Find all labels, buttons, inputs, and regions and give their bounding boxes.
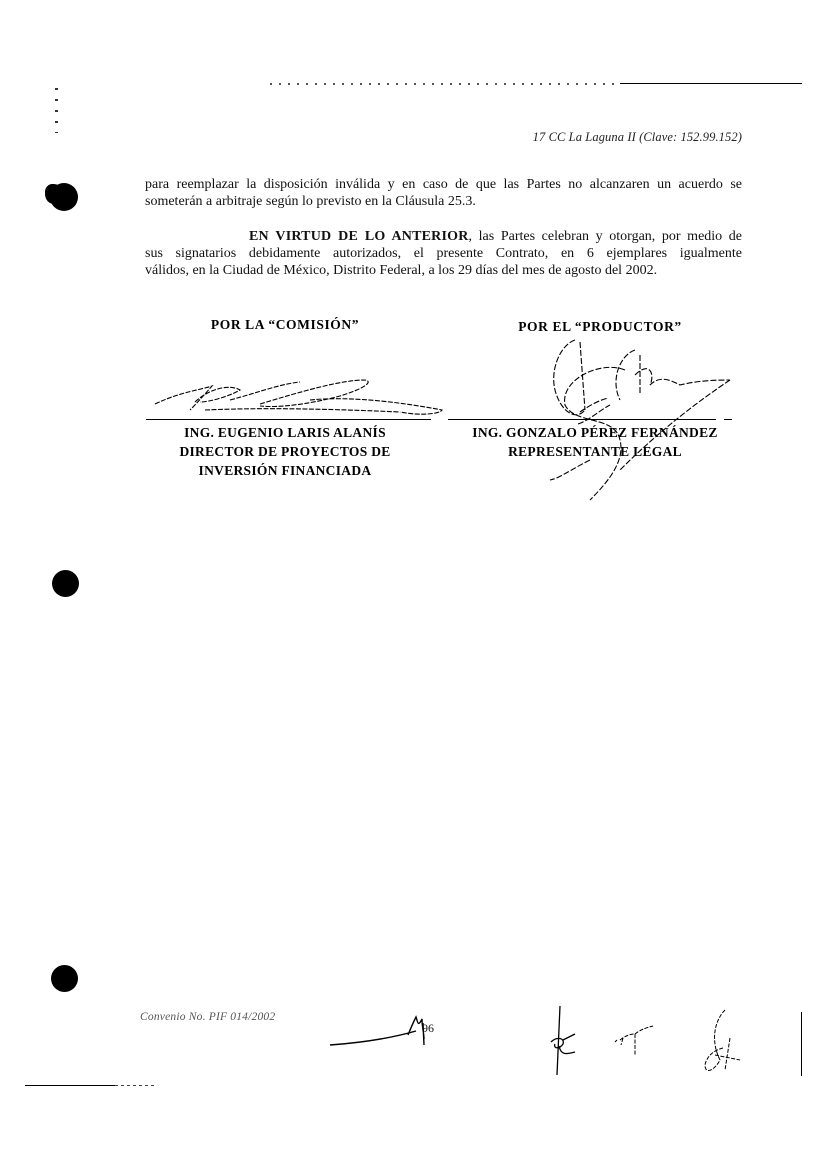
paragraph-line: sus signatarios debidamente autorizados,… <box>145 245 742 262</box>
header-reference: 17 CC La Laguna II (Clave: 152.99.152) <box>520 130 742 145</box>
signatory-title: DIRECTOR DE PROYECTOS DE <box>140 442 430 461</box>
signatory-name: ING. GONZALO PÉREZ FERNÁNDEZ <box>440 423 750 442</box>
paragraph-line: válidos, en la Ciudad de México, Distrit… <box>145 262 742 279</box>
signatory-name: ING. EUGENIO LARIS ALANÍS <box>140 423 430 442</box>
signatory-block-commission: ING. EUGENIO LARIS ALANÍS DIRECTOR DE PR… <box>140 423 430 480</box>
signatory-block-producer: ING. GONZALO PÉREZ FERNÁNDEZ REPRESENTAN… <box>440 423 750 461</box>
handwritten-signature-commission <box>150 372 450 422</box>
initials-footer-right <box>545 1000 745 1080</box>
initials-footer-left <box>328 1015 428 1050</box>
punch-hole-bottom <box>51 965 78 992</box>
punch-hole-middle <box>52 570 79 597</box>
signatory-title: REPRESENTANTE LEGAL <box>440 442 750 461</box>
paragraph-text: , las Partes celebran y otorgan, por med… <box>469 229 742 244</box>
emphasis-caps: EN VIRTUD DE LO ANTERIOR <box>249 229 469 244</box>
scan-artifact-right-edge <box>801 1012 802 1076</box>
signatory-title: INVERSIÓN FINANCIADA <box>140 461 430 480</box>
signatory-heading-commission: POR LA “COMISIÓN” <box>150 317 420 333</box>
paragraph-line: para reemplazar la disposición inválida … <box>145 176 742 193</box>
paragraph-line: EN VIRTUD DE LO ANTERIOR, las Partes cel… <box>145 228 742 245</box>
scan-artifact-margin-marks <box>55 88 58 133</box>
handwritten-signature-producer <box>530 330 730 500</box>
header-rule <box>620 83 802 84</box>
paragraph-arbitration: para reemplazar la disposición inválida … <box>145 176 742 210</box>
page-number: 96 <box>422 1021 434 1036</box>
paragraph-line: someterán a arbitraje según lo previsto … <box>145 193 742 210</box>
scan-artifact-bottom-dots <box>115 1085 155 1086</box>
footer-reference: Convenio No. PIF 014/2002 <box>140 1011 275 1023</box>
punch-hole-top-tab <box>45 184 63 204</box>
scan-artifact-bottom-rule <box>25 1085 115 1086</box>
paragraph-execution: EN VIRTUD DE LO ANTERIOR, las Partes cel… <box>145 228 742 279</box>
scan-artifact-top-dots <box>270 83 620 85</box>
